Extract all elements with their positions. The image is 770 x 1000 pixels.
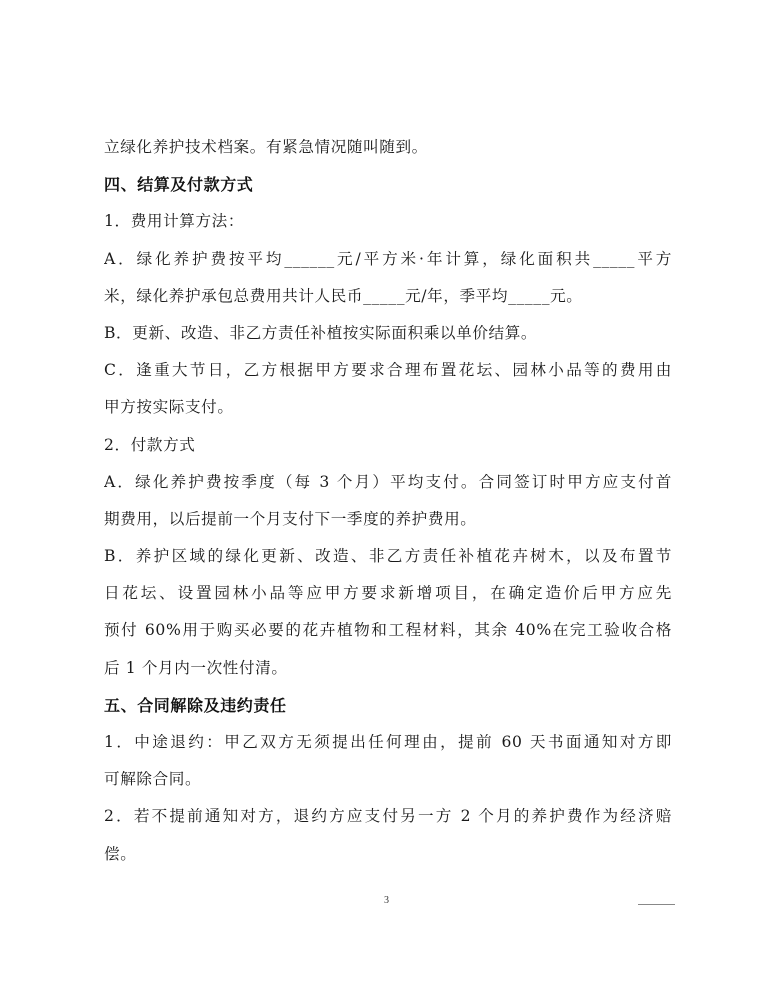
paragraph-line: 甲方按实际支付。 <box>104 389 672 426</box>
paragraph-line: B．养护区域的绿化更新、改造、非乙方责任补植花卉树木，以及布置节 <box>104 538 672 575</box>
paragraph-line: A．绿化养护费按平均______元/平方米·年计算，绿化面积共_____平方 <box>104 241 672 278</box>
paragraph-line: 2．若不提前通知对方，退约方应支付另一方 2 个月的养护费作为经济赔 <box>104 798 672 835</box>
subsection-title: 1．费用计算方法： <box>104 203 672 240</box>
document-body: 立绿化养护技术档案。有紧急情况随叫随到。 四、结算及付款方式 1．费用计算方法：… <box>104 129 672 873</box>
paragraph-line: C．逢重大节日，乙方根据甲方要求合理布置花坛、园林小品等的费用由 <box>104 352 672 389</box>
paragraph-line: 后 1 个月内一次性付清。 <box>104 650 672 687</box>
paragraph-line: 日花坛、设置园林小品等应甲方要求新增项目，在确定造价后甲方应先 <box>104 575 672 612</box>
paragraph-line: 偿。 <box>104 836 672 873</box>
paragraph-line: 可解除合同。 <box>104 761 672 798</box>
paragraph-line: B．更新、改造、非乙方责任补植按实际面积乘以单价结算。 <box>104 315 672 352</box>
paragraph-line: 1．中途退约：甲乙双方无须提出任何理由，提前 60 天书面通知对方即 <box>104 724 672 761</box>
subsection-title: 2．付款方式 <box>104 427 672 464</box>
paragraph-line: 期费用，以后提前一个月支付下一季度的养护费用。 <box>104 501 672 538</box>
section-heading: 五、合同解除及违约责任 <box>104 687 672 724</box>
document-page: 立绿化养护技术档案。有紧急情况随叫随到。 四、结算及付款方式 1．费用计算方法：… <box>0 0 770 1000</box>
page-number: 3 <box>384 895 389 906</box>
paragraph-line: 立绿化养护技术档案。有紧急情况随叫随到。 <box>104 129 672 166</box>
section-heading: 四、结算及付款方式 <box>104 166 672 203</box>
paragraph-line: 米，绿化养护承包总费用共计人民币_____元/年，季平均_____元。 <box>104 278 672 315</box>
paragraph-line: 预付 60%用于购买必要的花卉植物和工程材料，其余 40%在完工验收合格 <box>104 612 672 649</box>
paragraph-line: A．绿化养护费按季度（每 3 个月）平均支付。合同签订时甲方应支付首 <box>104 464 672 501</box>
footer-rule <box>638 904 675 905</box>
